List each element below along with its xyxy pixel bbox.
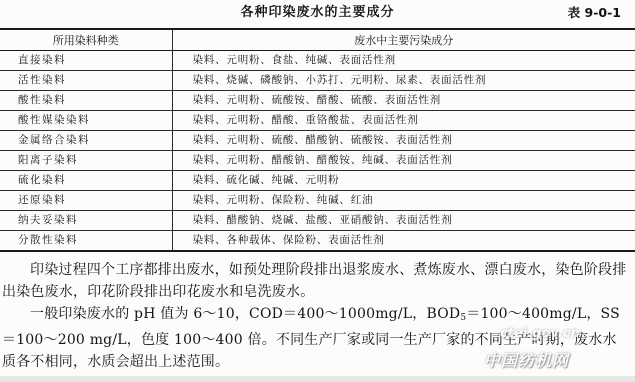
table-row: 酸性媒染染料染料、元明粉、醋酸、重铬酸盐、表面活性剂 — [0, 111, 635, 131]
dye-type-cell: 还原染料 — [0, 191, 172, 211]
pollutants-cell: 染料、硫化碱、纯碱、元明粉 — [172, 171, 635, 191]
dye-type-cell: 酸性染料 — [0, 91, 172, 111]
header-dye-type: 所用染料种类 — [0, 29, 172, 51]
pollutants-cell: 染料、元明粉、食盐、纯碱、表面活性剂 — [172, 51, 635, 71]
table-row: 直接染料染料、元明粉、食盐、纯碱、表面活性剂 — [0, 51, 635, 71]
table-row: 分散性染料染料、各种载体、保险粉、表面活性剂 — [0, 231, 635, 252]
table-row: 阳离子染料染料、元明粉、醋酸钠、醋酸铵、纯碱、表面活性剂 — [0, 151, 635, 171]
dye-type-cell: 酸性媒染染料 — [0, 111, 172, 131]
dye-type-cell: 金属络合染料 — [0, 131, 172, 151]
wastewater-components-table: 所用染料种类 废水中主要污染成分 直接染料染料、元明粉、食盐、纯碱、表面活性剂 … — [0, 28, 635, 252]
pollutants-cell: 染料、醋酸钠、烧碱、盐酸、亚硝酸钠、表面活性剂 — [172, 211, 635, 231]
dye-type-cell: 活性染料 — [0, 71, 172, 91]
dye-type-cell: 纳夫妥染料 — [0, 211, 172, 231]
watermark-site: ctei.gov.cn — [500, 326, 580, 341]
table-row: 活性染料染料、烧碱、磷酸钠、小苏打、元明粉、尿素、表面活性剂 — [0, 71, 635, 91]
pollutants-cell: 染料、元明粉、硫酸、醋酸钠、硫酸铵、表面活性剂 — [172, 131, 635, 151]
paragraph-process-wastewater: 印染过程四个工序都排出废水，如预处理阶段排出退浆废水、煮炼废水、漂白废水，染色阶… — [2, 259, 630, 303]
table-number: 表 9-0-1 — [568, 3, 621, 23]
table-row: 纳夫妥染料染料、醋酸钠、烧碱、盐酸、亚硝酸钠、表面活性剂 — [0, 211, 635, 231]
table-row: 酸性染料染料、元明粉、硫酸铵、醋酸、硫酸、表面活性剂 — [0, 91, 635, 111]
header-pollutants: 废水中主要污染成分 — [172, 29, 635, 51]
table-title: 各种印染废水的主要成分 — [0, 3, 635, 23]
pollutants-cell: 染料、各种载体、保险粉、表面活性剂 — [172, 231, 635, 252]
page-bottom-edge — [0, 376, 635, 382]
table-row: 金属络合染料染料、元明粉、硫酸、醋酸钠、硫酸铵、表面活性剂 — [0, 131, 635, 151]
table-caption: 各种印染废水的主要成分 表 9-0-1 — [0, 3, 635, 23]
dye-type-cell: 阳离子染料 — [0, 151, 172, 171]
table-row: 还原染料染料、元明粉、保险粉、纯碱、红油 — [0, 191, 635, 211]
table-header-row: 所用染料种类 废水中主要污染成分 — [0, 29, 635, 51]
table-row: 硫化染料染料、硫化碱、纯碱、元明粉 — [0, 171, 635, 191]
paragraph-text: 一般印染废水的 pH 值为 6～10，COD＝400～1000mg/L，BOD — [30, 306, 460, 322]
pollutants-cell: 染料、元明粉、醋酸钠、醋酸铵、纯碱、表面活性剂 — [172, 151, 635, 171]
watermark-logo: 中国纺机网 — [484, 348, 569, 371]
pollutants-cell: 染料、烧碱、磷酸钠、小苏打、元明粉、尿素、表面活性剂 — [172, 71, 635, 91]
pollutants-cell: 染料、元明粉、保险粉、纯碱、红油 — [172, 191, 635, 211]
dye-type-cell: 硫化染料 — [0, 171, 172, 191]
pollutants-cell: 染料、元明粉、硫酸铵、醋酸、硫酸、表面活性剂 — [172, 91, 635, 111]
dye-type-cell: 分散性染料 — [0, 231, 172, 252]
paragraph-text: 印染过程四个工序都排出废水，如预处理阶段排出退浆废水、煮炼废水、漂白废水，染色阶… — [2, 262, 626, 300]
dye-type-cell: 直接染料 — [0, 51, 172, 71]
pollutants-cell: 染料、元明粉、醋酸、重铬酸盐、表面活性剂 — [172, 111, 635, 131]
